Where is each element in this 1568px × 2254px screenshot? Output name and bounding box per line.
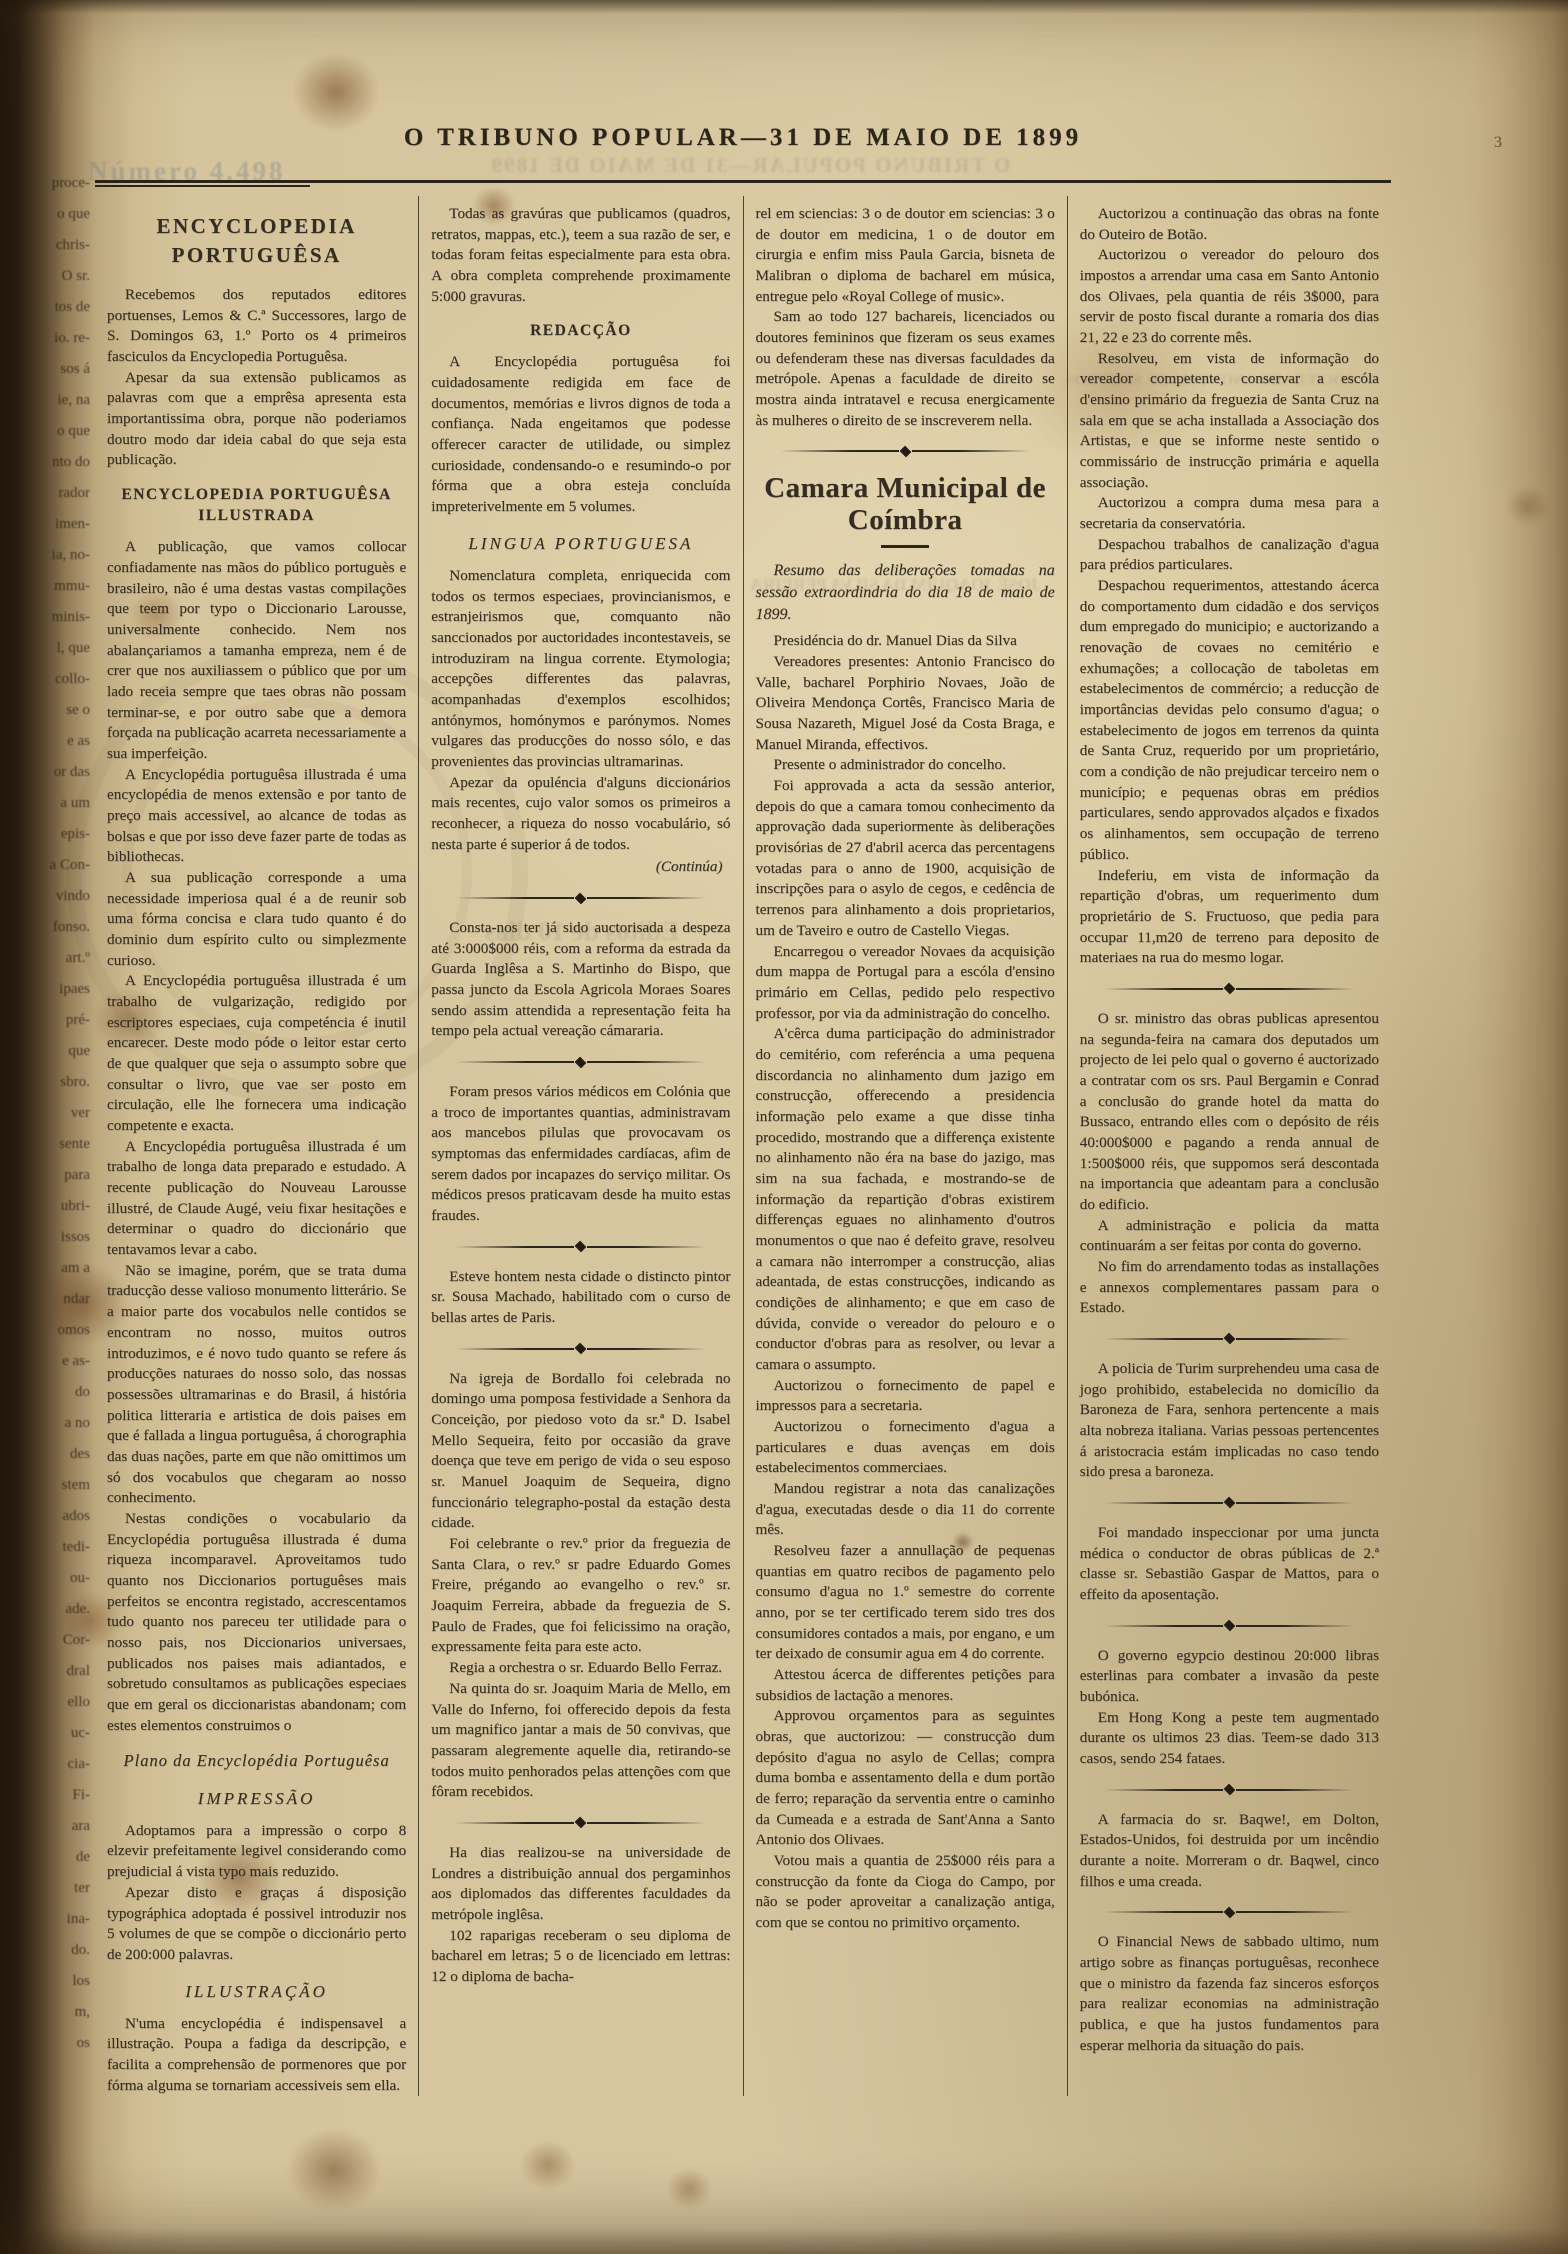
paragraph: A sua publicação corresponde a uma neces… — [107, 868, 406, 971]
paragraph: O Financial News de sabbado ultimo, num … — [1080, 1932, 1379, 2056]
edge-text-fragment: e as — [16, 726, 90, 757]
divider-ornament — [1104, 1497, 1354, 1509]
edge-text-fragment: vindo — [16, 881, 90, 912]
edge-text-fragment: a um — [16, 788, 90, 819]
edge-text-fragment: issos — [16, 1222, 90, 1253]
edge-text-fragment: ipaes — [16, 974, 90, 1005]
edge-text-fragment: los — [16, 1966, 90, 1997]
edge-text-fragment: ter — [16, 1873, 90, 1904]
edge-text-fragment: sente — [16, 1129, 90, 1160]
paragraph: Apezar da opuléncia d'alguns diccionário… — [431, 773, 730, 856]
article-columns: ENCYCLOPEDIA PORTUGUÊSARecebemos dos rep… — [95, 196, 1391, 2096]
paragraph: Indeferiu, em vista de informação da rep… — [1080, 866, 1379, 969]
continua-note: (Continúa) — [431, 857, 730, 878]
paragraph: A policia de Turim surprehendeu uma casa… — [1080, 1359, 1379, 1483]
section-subhead: ENCYCLOPEDIA PORTUGUÊSA ILLUSTRADA — [107, 484, 406, 526]
edge-text-fragment: os — [16, 2028, 90, 2059]
paragraph: A Encyclopédia portuguêsa foi cuidadosam… — [431, 352, 730, 517]
paragraph: Foi celebrante o rev.º prior da freguezi… — [431, 1534, 730, 1658]
divider-ornament — [1104, 983, 1354, 995]
edge-text-fragment: pré- — [16, 1005, 90, 1036]
divider-ornament — [456, 892, 706, 904]
paragraph: Vereadores presentes: Antonio Francisco … — [756, 652, 1055, 755]
paragraph: A publicação, que vamos collocar confiad… — [107, 537, 406, 764]
paragraph: A Encyclopédia portuguêsa illustrada é u… — [107, 765, 406, 868]
foxing-stain — [1506, 486, 1550, 526]
paragraph: Resolveu fazer a annullação de pequenas … — [756, 1541, 1055, 1665]
divider-ornament — [1104, 1906, 1354, 1918]
edge-text-fragment: ou- — [16, 1563, 90, 1594]
paragraph: Mandou registrar a nota das canalizações… — [756, 1479, 1055, 1541]
edge-text-fragment: tedi- — [16, 1532, 90, 1563]
foxing-stain — [286, 2128, 382, 2212]
paragraph: Foram presos vários médicos em Colónia q… — [431, 1082, 730, 1227]
paragraph: Despachou requerimentos, attestando ácer… — [1080, 576, 1379, 865]
paragraph: A Encyclopédia portuguêsa illustrada é u… — [107, 1137, 406, 1261]
paragraph: Auctorizou o fornecimento d'agua a parti… — [756, 1417, 1055, 1479]
edge-text-fragment: m, — [16, 1997, 90, 2028]
edge-text-fragment: art.º — [16, 943, 90, 974]
edge-text-fragment: se o — [16, 695, 90, 726]
edge-text-fragment: ello — [16, 1687, 90, 1718]
edge-text-fragment: ia, no- — [16, 540, 90, 571]
divider-ornament — [1104, 1620, 1354, 1632]
paragraph: A'cêrca duma participação do administrad… — [756, 1024, 1055, 1375]
edge-text-fragment: collo- — [16, 664, 90, 695]
adjacent-page-fragments: proce-o quechris-O sr.tos deio. re-sos á… — [16, 168, 90, 2148]
paragraph: Na quinta do sr. Joaquim Maria de Mello,… — [431, 1679, 730, 1803]
section-subhead: REDACÇÃO — [431, 320, 730, 341]
paragraph: Em Hong Kong a peste tem augmentado dura… — [1080, 1708, 1379, 1770]
paragraph: O sr. ministro das obras publicas aprese… — [1080, 1009, 1379, 1216]
edge-text-fragment: ade. — [16, 1594, 90, 1625]
paragraph: Auctorizou a continuação das obras na fo… — [1080, 204, 1379, 245]
italic-subhead: LINGUA PORTUGUESA — [431, 532, 730, 555]
edge-text-fragment: ados — [16, 1501, 90, 1532]
edge-text-fragment: proce- — [16, 168, 90, 199]
paragraph: A farmacia do sr. Baqwe!, em Dolton, Est… — [1080, 1810, 1379, 1893]
paragraph: A administração e policia da matta conti… — [1080, 1216, 1379, 1257]
edge-text-fragment: imen- — [16, 509, 90, 540]
article-headline: ENCYCLOPEDIA PORTUGUÊSA — [107, 212, 406, 269]
edge-text-fragment: omos — [16, 1315, 90, 1346]
edge-text-fragment: am a — [16, 1253, 90, 1284]
foxing-stain — [666, 2168, 712, 2210]
paragraph: No fim do arrendamento todas as installa… — [1080, 1257, 1379, 1319]
divider-ornament — [1104, 1784, 1354, 1796]
edge-text-fragment: sbro. — [16, 1067, 90, 1098]
paragraph: Na igreja de Bordallo foi celebrada no d… — [431, 1369, 730, 1534]
edge-text-fragment: dral — [16, 1656, 90, 1687]
paragraph: Presidéncia do dr. Manuel Dias da Silva — [756, 631, 1055, 652]
edge-text-fragment: l, que — [16, 633, 90, 664]
article-headline-large: Camara Municipal de Coímbra — [756, 473, 1055, 537]
edge-text-fragment: rador — [16, 478, 90, 509]
divider-ornament — [456, 1241, 706, 1253]
divider-ornament — [456, 1056, 706, 1068]
column-3: rel em sciencias: 3 o de doutor em scien… — [743, 196, 1067, 2096]
lede-italic: Resumo das deliberações tomadas na sessã… — [756, 560, 1055, 625]
foxing-stain — [292, 52, 380, 132]
edge-text-fragment: minis- — [16, 602, 90, 633]
edge-text-fragment: o que — [16, 199, 90, 230]
column-4: Auctorizou a continuação das obras na fo… — [1067, 196, 1391, 2096]
paragraph: Auctorizou a compra duma mesa para a sec… — [1080, 493, 1379, 534]
paragraph: Foi mandado inspeccionar por uma juncta … — [1080, 1523, 1379, 1606]
paragraph: Todas as gravúras que publicamos (quadro… — [431, 204, 730, 307]
paragraph: Attestou ácerca de differentes petições … — [756, 1665, 1055, 1706]
edge-text-fragment: nto do — [16, 447, 90, 478]
edge-text-fragment: de — [16, 1842, 90, 1873]
divider-ornament — [456, 1343, 706, 1355]
paragraph: Votou mais a quantia de 25$000 réis para… — [756, 1851, 1055, 1934]
edge-text-fragment: ie, na — [16, 385, 90, 416]
paragraph: Resolveu, em vista de informação do vere… — [1080, 349, 1379, 494]
paragraph: Nestas condições o vocabulario da Encycl… — [107, 1509, 406, 1736]
paragraph: Encarregou o vereador Novaes da acquisiç… — [756, 942, 1055, 1025]
edge-text-fragment: do. — [16, 1935, 90, 1966]
edge-text-fragment: chris- — [16, 230, 90, 261]
edge-text-fragment: O sr. — [16, 261, 90, 292]
edge-text-fragment: que — [16, 1036, 90, 1067]
edge-text-fragment: sos á — [16, 354, 90, 385]
divider-ornament — [780, 445, 1030, 457]
paragraph-continuation: rel em sciencias: 3 o de doutor em scien… — [756, 204, 1055, 307]
running-head: O TRIBUNO POPULAR—31 DE MAIO DE 1899 — [95, 124, 1391, 152]
newspaper-page: proce-o quechris-O sr.tos deio. re-sos á… — [0, 0, 1568, 2254]
italic-subhead: ILLUSTRAÇÃO — [107, 1980, 406, 2003]
edge-text-fragment: io. re- — [16, 323, 90, 354]
paragraph: O governo egypcio destinou 20:000 libras… — [1080, 1646, 1379, 1708]
edge-text-fragment: e as- — [16, 1346, 90, 1377]
edge-text-fragment: or das — [16, 757, 90, 788]
paragraph: Recebemos dos reputados editores portuen… — [107, 285, 406, 368]
edge-text-fragment: cia- — [16, 1749, 90, 1780]
edge-text-fragment: des — [16, 1439, 90, 1470]
edge-text-fragment: a Con- — [16, 850, 90, 881]
edge-text-fragment: ver — [16, 1098, 90, 1129]
paragraph: 102 raparigas receberam o seu diploma de… — [431, 1926, 730, 1988]
edge-text-fragment: ubri- — [16, 1191, 90, 1222]
paragraph: Sam ao todo 127 bachareis, licenciados o… — [756, 307, 1055, 431]
edge-text-fragment: para — [16, 1160, 90, 1191]
page-number: 3 — [1494, 134, 1502, 152]
edge-text-fragment: fonso. — [16, 912, 90, 943]
paragraph: Nomenclatura completa, enriquecida com t… — [431, 566, 730, 773]
divider-ornament — [1104, 1333, 1354, 1345]
edge-text-fragment: tos de — [16, 292, 90, 323]
paragraph: Esteve hontem nesta cidade o distincto p… — [431, 1267, 730, 1329]
paragraph: Regia a orchestra o sr. Eduardo Bello Fe… — [431, 1658, 730, 1679]
edge-text-fragment: Cor- — [16, 1625, 90, 1656]
paragraph: Despachou trabalhos de canalização d'agu… — [1080, 535, 1379, 576]
plan-subhead: Plano da Encyclopédia Portuguêsa — [107, 1750, 406, 1772]
edge-text-fragment: ina- — [16, 1904, 90, 1935]
divider-ornament — [456, 1817, 706, 1829]
edge-text-fragment: Fi- — [16, 1780, 90, 1811]
paragraph: Apezar disto e graças á disposição typog… — [107, 1883, 406, 1966]
edge-text-fragment: o que — [16, 416, 90, 447]
edge-text-fragment: ara — [16, 1811, 90, 1842]
paragraph: Adoptamos para a impressão o corpo 8 elz… — [107, 1821, 406, 1883]
edge-text-fragment: do — [16, 1377, 90, 1408]
column-2: Todas as gravúras que publicamos (quadro… — [418, 196, 742, 2096]
edge-text-fragment: epis- — [16, 819, 90, 850]
edge-text-fragment: uc- — [16, 1718, 90, 1749]
paragraph: Auctorizou o fornecimento de papel e imp… — [756, 1376, 1055, 1417]
paragraph: A Encyclopédia portuguêsa illustrada é u… — [107, 971, 406, 1136]
paragraph: Apesar da sua extensão publicamos as pal… — [107, 368, 406, 471]
edge-text-fragment: ndar — [16, 1284, 90, 1315]
paragraph: Não se imagine, porém, que se trata duma… — [107, 1261, 406, 1509]
edge-text-fragment: a no — [16, 1408, 90, 1439]
dash-ornament — [881, 545, 929, 548]
paragraph: Auctorizou o vereador do pelouro dos imp… — [1080, 245, 1379, 348]
paragraph: Ha dias realizou-se na universidade de L… — [431, 1843, 730, 1926]
paragraph: Consta-nos ter já sido auctorisada a des… — [431, 918, 730, 1042]
edge-text-fragment: mmu- — [16, 571, 90, 602]
paragraph: Foi approvada a acta da sessão anterior,… — [756, 776, 1055, 941]
header-rule — [95, 180, 1391, 183]
paragraph: Presente o administrador do concelho. — [756, 755, 1055, 776]
foxing-stain — [520, 2140, 576, 2190]
bleedthrough-text: O TRIBUNO POPULAR—31 DE MAIO DE 1899 — [430, 153, 1070, 178]
edge-text-fragment: stem — [16, 1470, 90, 1501]
column-1: ENCYCLOPEDIA PORTUGUÊSARecebemos dos rep… — [95, 196, 418, 2096]
paragraph: Approvou orçamentos para as seguintes ob… — [756, 1706, 1055, 1851]
italic-subhead: IMPRESSÃO — [107, 1787, 406, 1810]
paragraph: N'uma encyclopédia é indispensavel a ill… — [107, 2014, 406, 2096]
